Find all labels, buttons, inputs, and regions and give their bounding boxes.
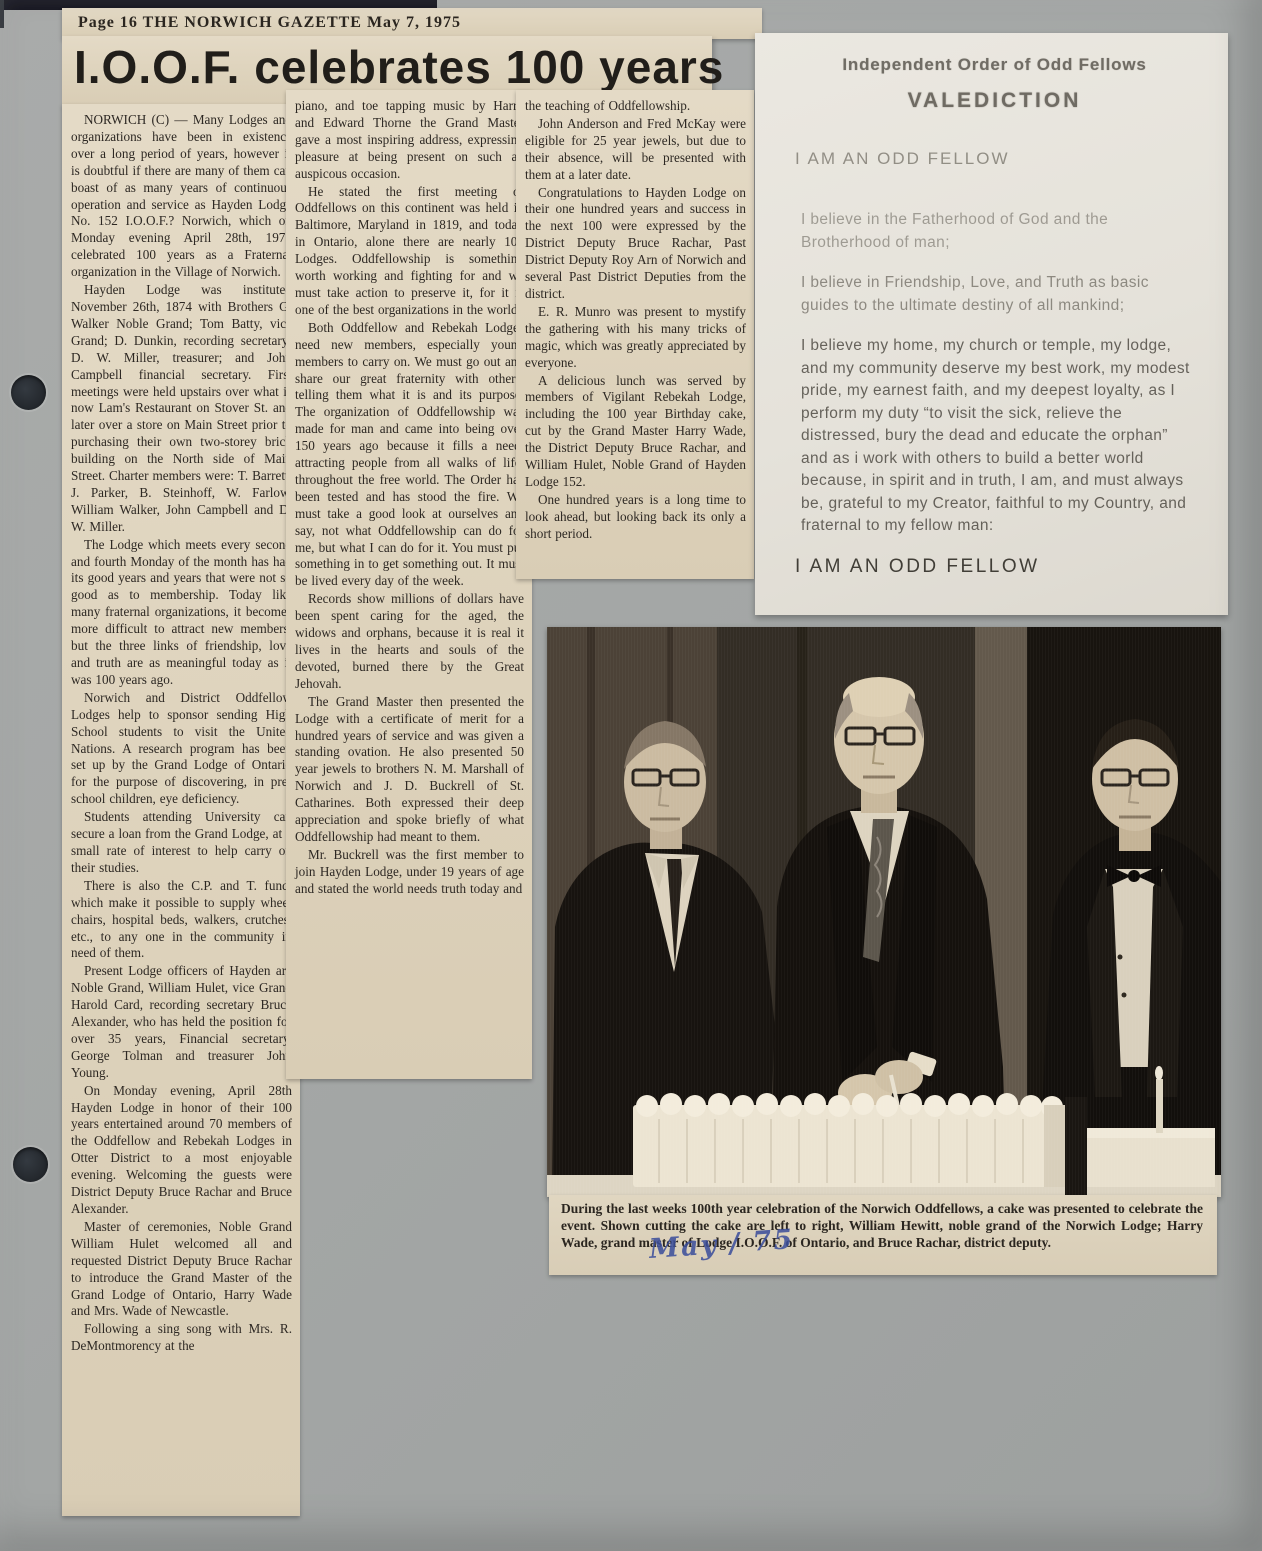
paragraph: piano, and toe tapping music by Harry an… bbox=[295, 98, 524, 183]
paragraph: Norwich and District Oddfellow Lodges he… bbox=[71, 690, 292, 808]
paragraph: E. R. Munro was present to mystify the g… bbox=[525, 304, 746, 372]
paragraph: On Monday evening, April 28th Hayden Lod… bbox=[71, 1083, 292, 1218]
paragraph: The Grand Master then presented the Lodg… bbox=[295, 694, 524, 846]
paragraph: the teaching of Oddfellowship. bbox=[525, 98, 746, 115]
paragraph: Mr. Buckrell was the first member to joi… bbox=[295, 847, 524, 898]
scrapbook-page: { "colors": { "page_gray": "#a4a7a6", "c… bbox=[0, 0, 1262, 1551]
paragraph: There is also the C.P. and T. fund, whic… bbox=[71, 878, 292, 963]
punch-hole-bottom bbox=[13, 1147, 48, 1182]
paragraph: Records show millions of dollars have be… bbox=[295, 591, 524, 692]
paragraph: A delicious lunch was served by members … bbox=[525, 373, 746, 491]
article-column-1: NORWICH (C) — Many Lodges and organizati… bbox=[62, 104, 300, 1516]
masthead-text: Page 16 THE NORWICH GAZETTE May 7, 1975 bbox=[78, 14, 461, 32]
valediction-paragraphs: I believe in the Fatherhood of God and t… bbox=[795, 209, 1194, 538]
paragraph: I believe my home, my church or temple, … bbox=[795, 335, 1194, 538]
paragraph: He stated the first meeting of Oddfellow… bbox=[295, 184, 524, 319]
celebration-photo bbox=[547, 627, 1221, 1197]
article-column-2: piano, and toe tapping music by Harry an… bbox=[286, 90, 532, 1079]
paragraph: Congratulations to Hayden Lodge on their… bbox=[525, 185, 746, 303]
paragraph: Hayden Lodge was instituted November 26t… bbox=[71, 282, 292, 536]
paragraph: Both Oddfellow and Rebekah Lodges need n… bbox=[295, 320, 524, 591]
paragraph: The Lodge which meets every second and f… bbox=[71, 537, 292, 689]
paragraph: One hundred years is a long time to look… bbox=[525, 492, 746, 543]
photo-caption-clipping: During the last weeks 100th year celebra… bbox=[549, 1195, 1217, 1275]
candle bbox=[1156, 1079, 1163, 1133]
paragraph: Master of ceremonies, Noble Grand Willia… bbox=[71, 1219, 292, 1320]
article-column-3: the teaching of Oddfellowship.John Ander… bbox=[516, 90, 754, 579]
masthead-strip: Page 16 THE NORWICH GAZETTE May 7, 1975 bbox=[62, 8, 762, 39]
paragraph: John Anderson and Fred McKay were eligib… bbox=[525, 116, 746, 184]
valediction-org-line: Independent Order of Odd Fellows bbox=[795, 55, 1194, 75]
paragraph: I believe in Friendship, Love, and Truth… bbox=[795, 272, 1194, 317]
valediction-card: Independent Order of Odd Fellows VALEDIC… bbox=[755, 33, 1228, 615]
valediction-closing-line: I AM AN ODD FELLOW bbox=[795, 556, 1194, 578]
paragraph: Students attending University can secure… bbox=[71, 809, 292, 877]
article-headline: I.O.O.F. celebrates 100 years bbox=[74, 40, 724, 94]
valediction-opening-line: I AM AN ODD FELLOW bbox=[795, 149, 1194, 169]
paragraph: Present Lodge officers of Hayden are Nob… bbox=[71, 963, 292, 1081]
valediction-title: VALEDICTION bbox=[795, 89, 1194, 113]
punch-hole-top bbox=[11, 375, 46, 410]
paragraph: Following a sing song with Mrs. R. DeMon… bbox=[71, 1321, 292, 1355]
paragraph: I believe in the Fatherhood of God and t… bbox=[795, 209, 1194, 254]
scan-edge-corner bbox=[0, 0, 4, 28]
valediction-content: Independent Order of Odd Fellows VALEDIC… bbox=[795, 55, 1194, 599]
paragraph: NORWICH (C) — Many Lodges and organizati… bbox=[71, 112, 292, 281]
photo-illustration bbox=[547, 627, 1221, 1197]
